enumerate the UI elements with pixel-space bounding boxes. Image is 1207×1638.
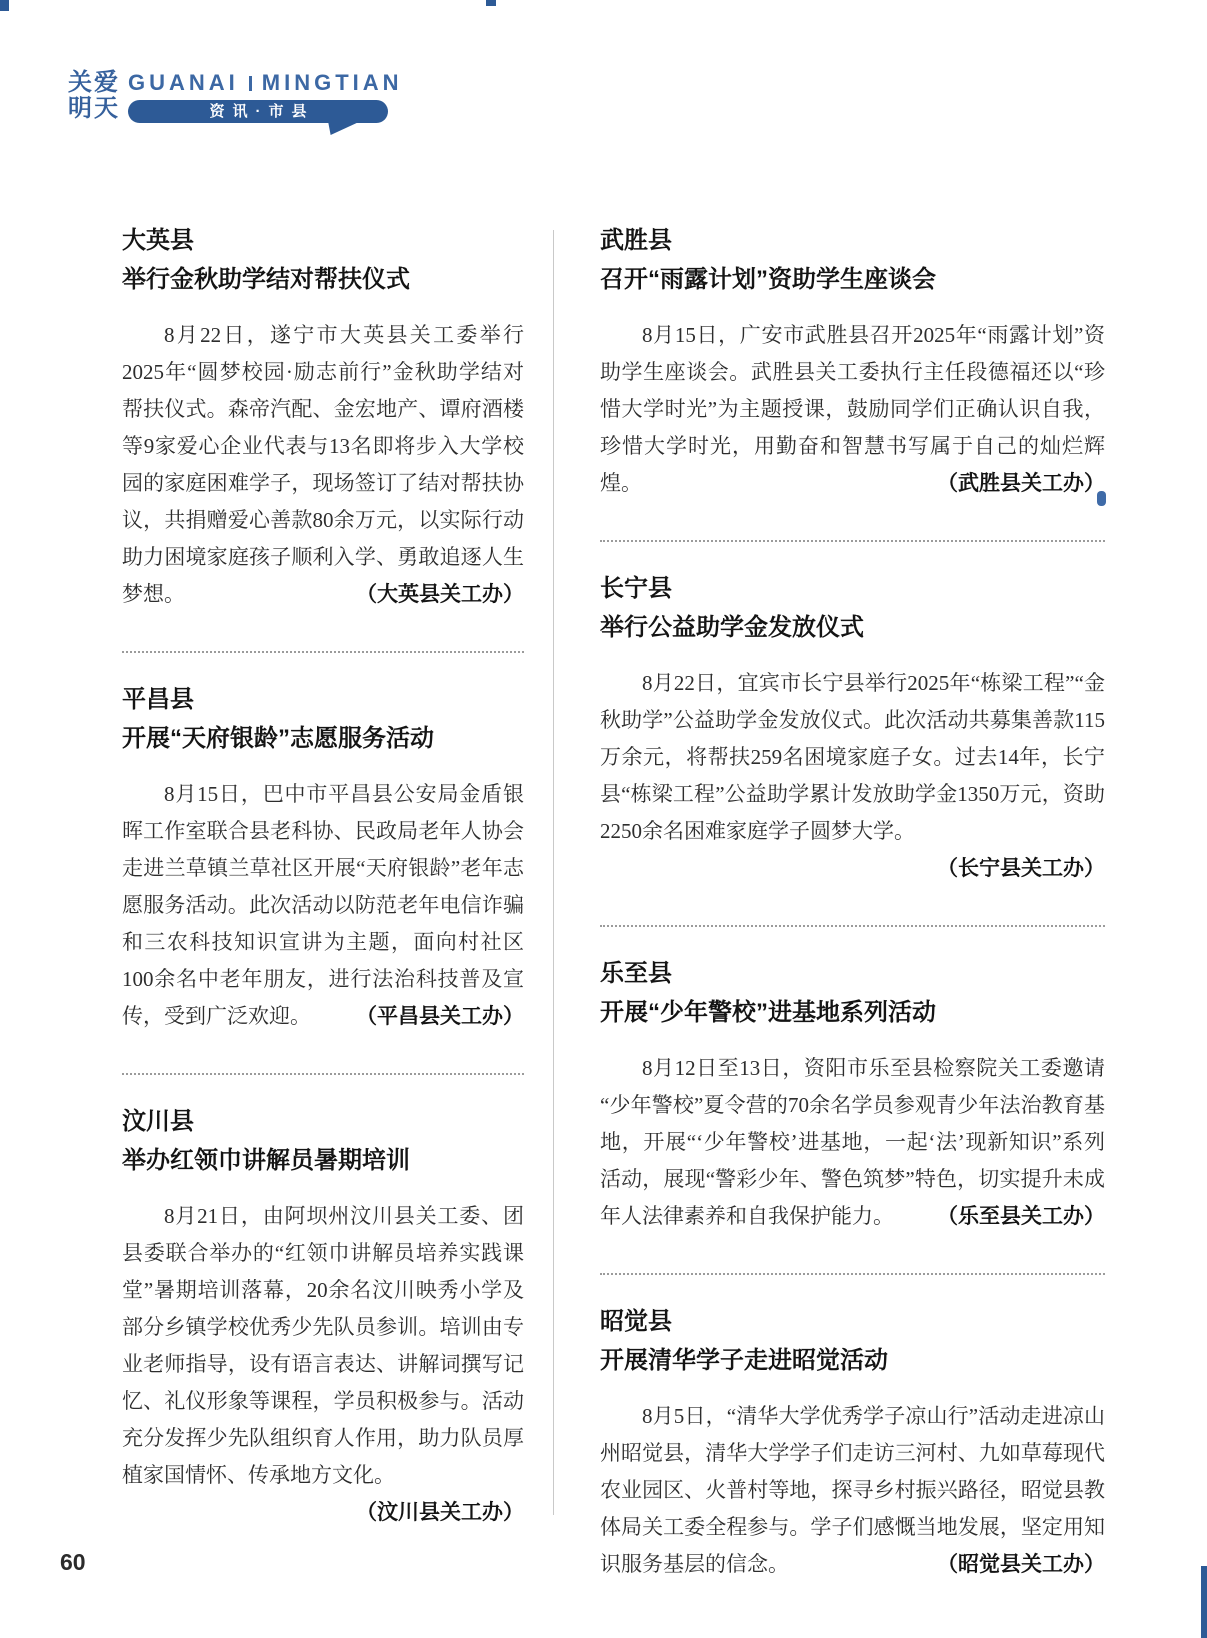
article-attribution: （昭觉县关工办）: [895, 1546, 1105, 1583]
article-body: 8月12日至13日，资阳市乐至县检察院关工委邀请“少年警校”夏令营的70余名学员…: [600, 1050, 1105, 1235]
article-county: 长宁县: [600, 574, 1105, 604]
logo-line-1: 关爱: [68, 70, 120, 96]
article: 汶川县 举办红领巾讲解员暑期培训 8月21日，由阿坝州汶川县关工委、团县委联合举…: [122, 1073, 524, 1531]
right-edge-print-mark: [1201, 1566, 1207, 1638]
brand-left: GUANAI: [128, 70, 239, 95]
article-headline: 召开“雨露计划”资助学生座谈会: [600, 265, 1105, 295]
article-body-text: 8月21日，由阿坝州汶川县关工委、团县委联合举办的“红领巾讲解员培养实践课堂”暑…: [122, 1204, 524, 1487]
article-attribution: （长宁县关工办）: [895, 850, 1105, 887]
article-county: 大英县: [122, 226, 524, 256]
article: 大英县 举行金秋助学结对帮扶仪式 8月22日，遂宁市大英县关工委举行2025年“…: [122, 226, 524, 613]
article-county: 乐至县: [600, 959, 1105, 989]
brand-separator-bar: [249, 76, 252, 91]
article: 昭觉县 开展清华学子走进昭觉活动 8月5日，“清华大学优秀学子凉山行”活动走进凉…: [600, 1273, 1105, 1583]
brand-text: GUANAIMINGTIAN: [128, 70, 403, 96]
article-county: 武胜县: [600, 226, 1105, 256]
page-number: 60: [60, 1549, 86, 1576]
article-headline: 开展清华学子走进昭觉活动: [600, 1346, 1105, 1376]
article-body-text: 8月22日，宜宾市长宁县举行2025年“栋梁工程”“金秋助学”公益助学金发放仪式…: [600, 671, 1105, 843]
article-headline: 开展“天府银龄”志愿服务活动: [122, 724, 524, 754]
article-body: 8月22日，遂宁市大英县关工委举行2025年“圆梦校园·励志前行”金秋助学结对帮…: [122, 317, 524, 613]
speech-bubble-tail: [328, 121, 361, 135]
logo-line-2: 明天: [68, 96, 120, 122]
article-body-text: 8月22日，遂宁市大英县关工委举行2025年“圆梦校园·励志前行”金秋助学结对帮…: [122, 323, 524, 606]
brand-right: MINGTIAN: [262, 70, 403, 95]
column-divider: [553, 230, 554, 1515]
article-county: 平昌县: [122, 685, 524, 715]
article: 长宁县 举行公益助学金发放仪式 8月22日，宜宾市长宁县举行2025年“栋梁工程…: [600, 540, 1105, 887]
column-left: 大英县 举行金秋助学结对帮扶仪式 8月22日，遂宁市大英县关工委举行2025年“…: [122, 226, 524, 1531]
article-attribution: （大英县关工办）: [314, 576, 524, 613]
corner-print-mark: [0, 0, 9, 11]
article-county: 汶川县: [122, 1107, 524, 1137]
article: 武胜县 召开“雨露计划”资助学生座谈会 8月15日，广安市武胜县召开2025年“…: [600, 226, 1105, 502]
article: 乐至县 开展“少年警校”进基地系列活动 8月12日至13日，资阳市乐至县检察院关…: [600, 925, 1105, 1235]
margin-blue-mark: [1097, 491, 1106, 506]
magazine-logo: 关爱 明天: [68, 70, 120, 122]
article-attribution: （平昌县关工办）: [314, 998, 524, 1035]
article-attribution: （武胜县关工办）: [895, 465, 1105, 502]
article-headline: 举行公益助学金发放仪式: [600, 613, 1105, 643]
article-body: 8月22日，宜宾市长宁县举行2025年“栋梁工程”“金秋助学”公益助学金发放仪式…: [600, 665, 1105, 887]
article-body: 8月5日，“清华大学优秀学子凉山行”活动走进凉山州昭觉县，清华大学学子们走访三河…: [600, 1398, 1105, 1583]
section-banner-label: 资讯·市县: [210, 103, 315, 120]
article-body: 8月15日，巴中市平昌县公安局金盾银晖工作室联合县老科协、民政局老年人协会走进兰…: [122, 776, 524, 1035]
magazine-page: { "header": { "logo_line1": "关爱", "logo_…: [0, 0, 1207, 1638]
column-right: 武胜县 召开“雨露计划”资助学生座谈会 8月15日，广安市武胜县召开2025年“…: [600, 226, 1105, 1583]
article-attribution: （汶川县关工办）: [314, 1494, 524, 1531]
article: 平昌县 开展“天府银龄”志愿服务活动 8月15日，巴中市平昌县公安局金盾银晖工作…: [122, 651, 524, 1035]
section-banner: 资讯·市县: [128, 100, 388, 123]
article-county: 昭觉县: [600, 1307, 1105, 1337]
article-body: 8月21日，由阿坝州汶川县关工委、团县委联合举办的“红领巾讲解员培养实践课堂”暑…: [122, 1198, 524, 1531]
article-body: 8月15日，广安市武胜县召开2025年“雨露计划”资助学生座谈会。武胜县关工委执…: [600, 317, 1105, 502]
top-print-mark: [486, 0, 496, 6]
article-attribution: （乐至县关工办）: [895, 1198, 1105, 1235]
article-body-text: 8月15日，巴中市平昌县公安局金盾银晖工作室联合县老科协、民政局老年人协会走进兰…: [122, 782, 524, 1028]
article-headline: 开展“少年警校”进基地系列活动: [600, 998, 1105, 1028]
article-headline: 举行金秋助学结对帮扶仪式: [122, 265, 524, 295]
article-headline: 举办红领巾讲解员暑期培训: [122, 1146, 524, 1176]
